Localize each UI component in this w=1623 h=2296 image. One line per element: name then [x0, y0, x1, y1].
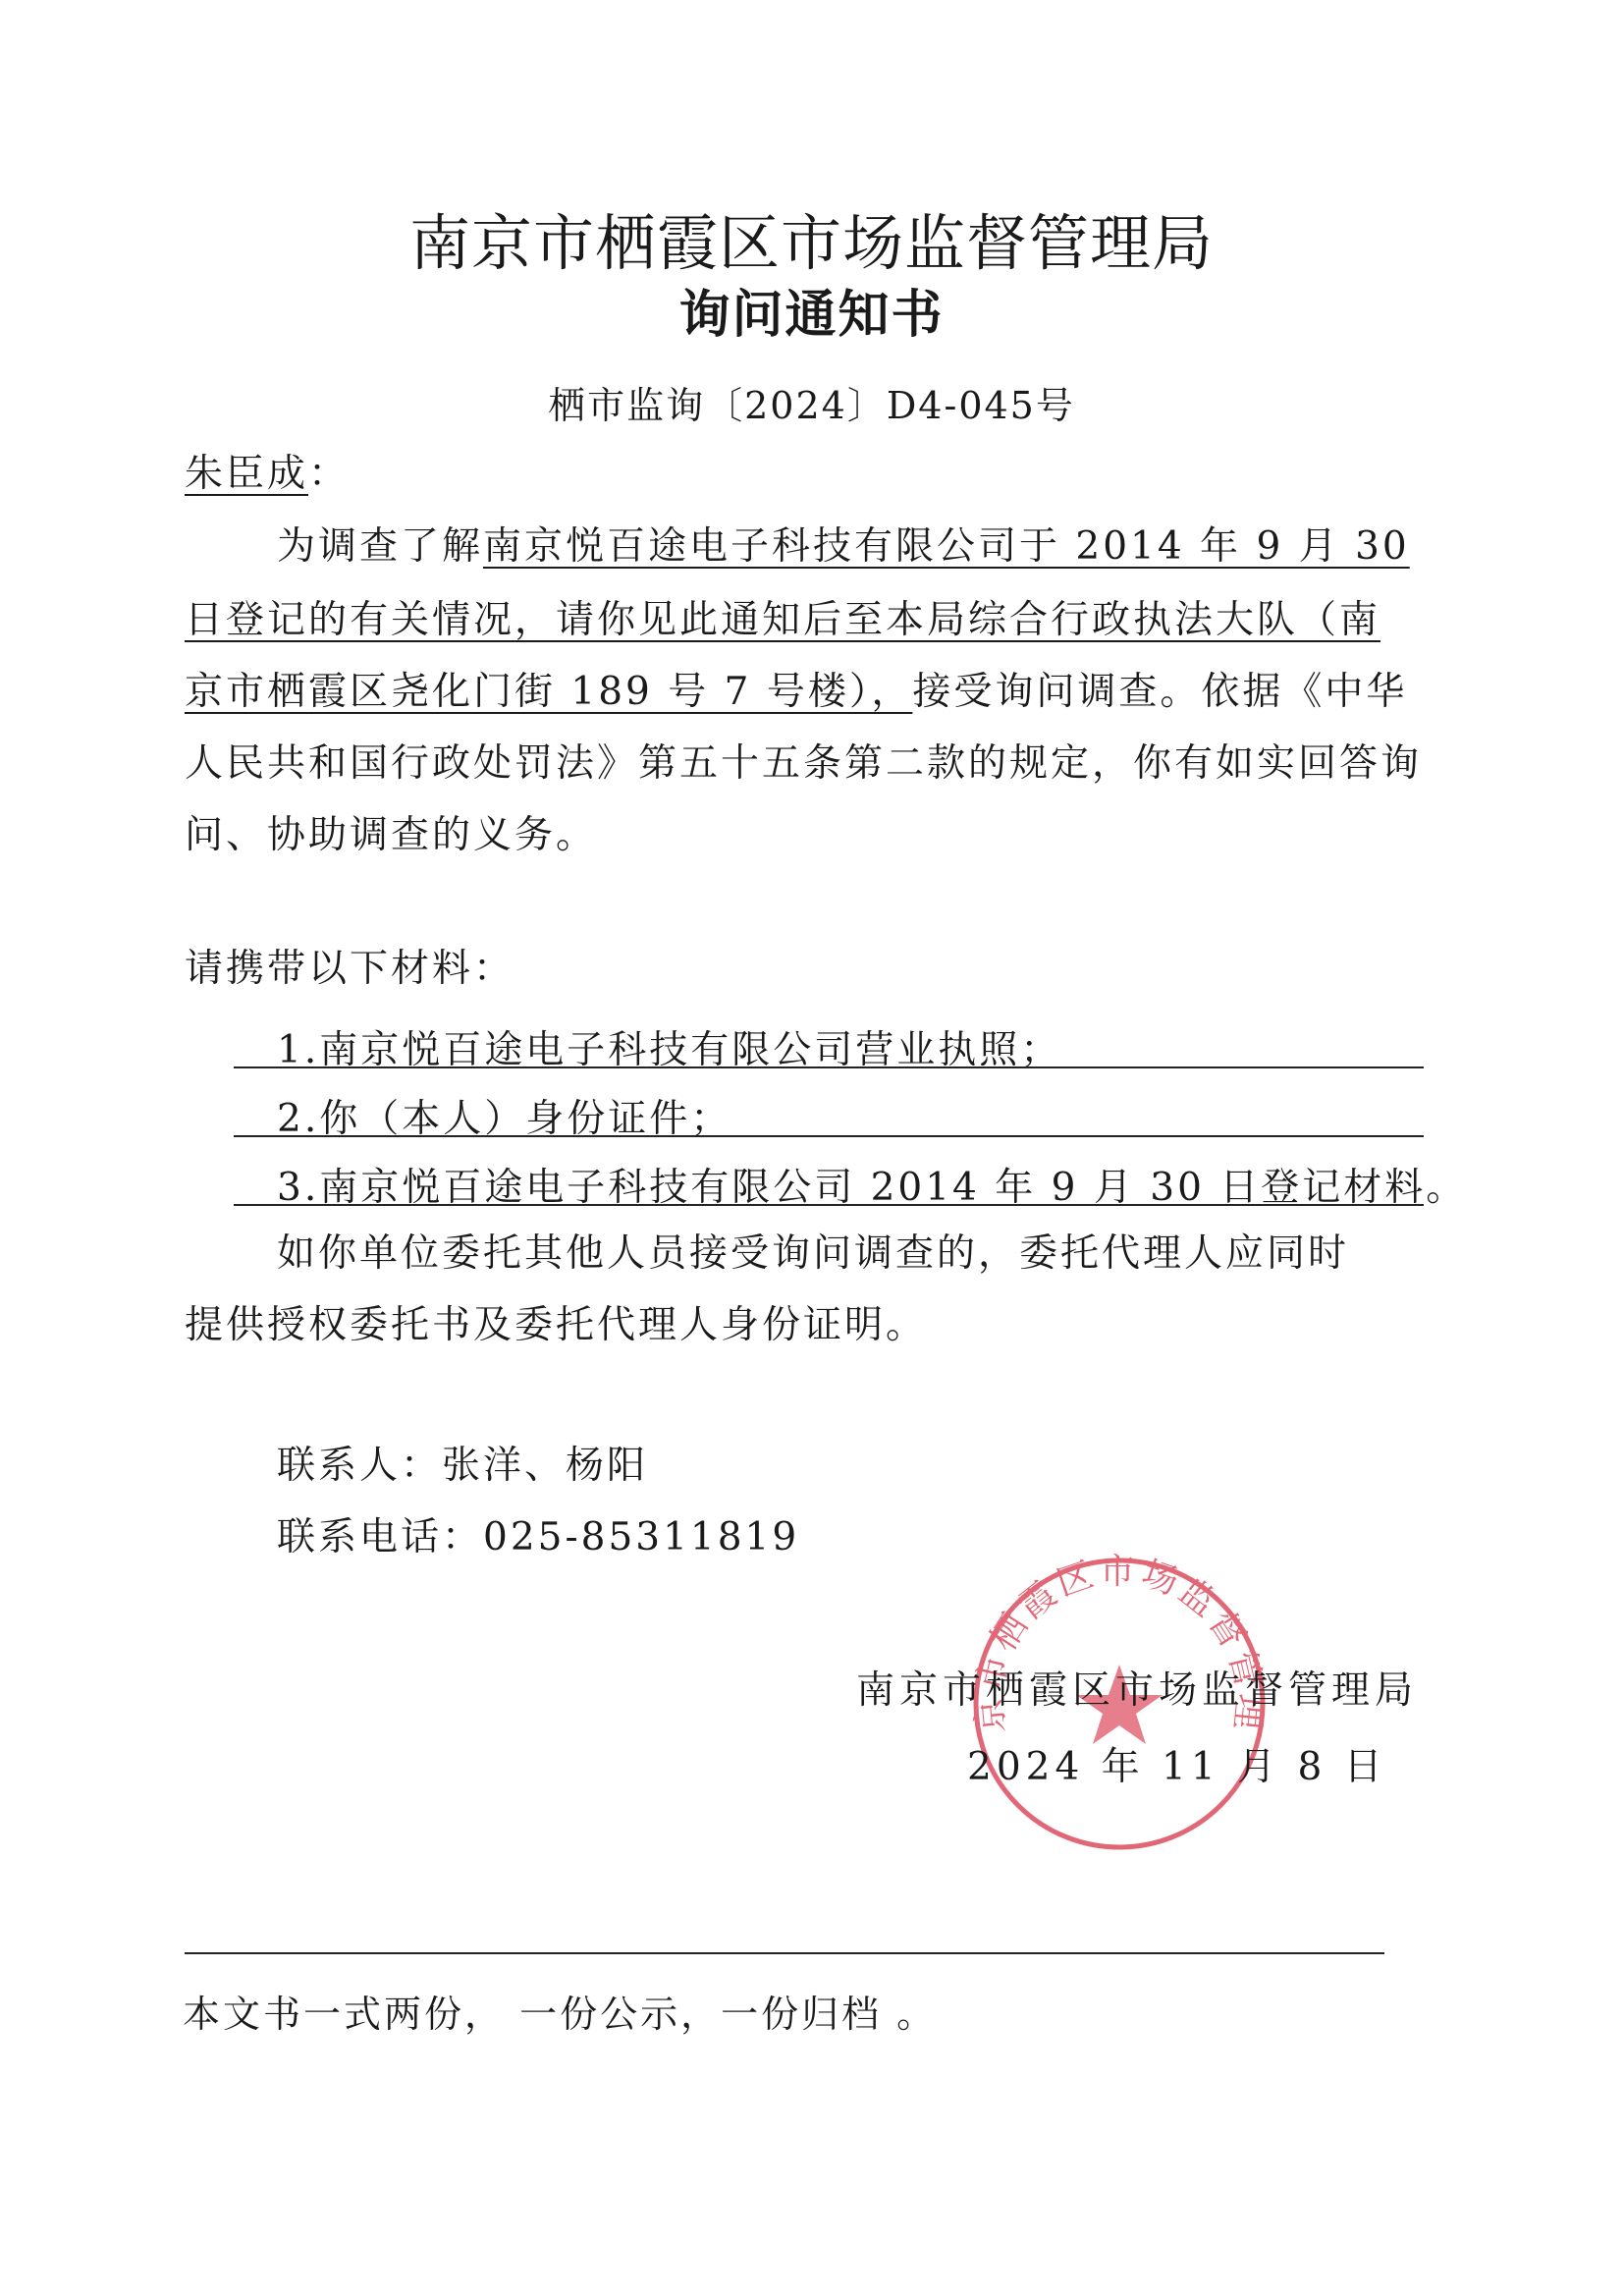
body-text: 为调查了解 [277, 524, 483, 569]
phone-number: 025-85311819 [483, 1515, 799, 1559]
fill-line [234, 1066, 1424, 1068]
signature-org: 南京市栖霞区市场监督管理局 [856, 1660, 1418, 1715]
addressee-name: 朱臣成 [185, 452, 308, 496]
phone-label: 联系电话： [277, 1515, 483, 1559]
addressee-colon: ： [308, 452, 350, 496]
fill-line [234, 1135, 1424, 1137]
materials-heading: 请携带以下材料： [185, 945, 514, 994]
contact-persons: 联系人：张洋、杨阳 [277, 1442, 648, 1491]
body-line-2: 日登记的有关情况，请你见此通知后至本局综合行政执法大队（南 [185, 596, 1380, 645]
document-title: 询问通知书 [0, 273, 1623, 347]
contact-phone: 联系电话：025-85311819 [277, 1513, 799, 1562]
proxy-note-line-1: 如你单位委托其他人员接受询问调查的，委托代理人应同时 [277, 1230, 1349, 1279]
addressee-line: 朱臣成： [185, 450, 350, 499]
body-line-1: 为调查了解南京悦百途电子科技有限公司于 2014 年 9 月 30 [277, 522, 1410, 572]
body-line-5: 问、协助调查的义务。 [185, 811, 597, 860]
body-line-4: 人民共和国行政处罚法》第五十五条第二款的规定，你有如实回答询 [185, 739, 1422, 789]
location-underlined: 日登记的有关情况，请你见此通知后至本局综合行政执法大队（南 [185, 598, 1380, 642]
company-date-underlined: 南京悦百途电子科技有限公司于 2014 年 9 月 30 [483, 524, 1410, 569]
fill-line [234, 1204, 1424, 1206]
footnote: 本文书一式两份， 一份公示，一份归档 。 [183, 1984, 937, 2038]
body-text: 接受询问调查。依据《中华 [912, 670, 1407, 714]
contact-names: 张洋、杨阳 [442, 1444, 648, 1488]
body-line-3: 京市栖霞区尧化门街 189 号 7 号楼），接受询问调查。依据《中华 [185, 668, 1407, 717]
org-title: 南京市栖霞区市场监督管理局 [0, 194, 1623, 282]
proxy-note-line-2: 提供授权委托书及委托代理人身份证明。 [185, 1301, 927, 1350]
contact-label: 联系人： [277, 1444, 442, 1488]
footer-divider [185, 1952, 1384, 1954]
address-underlined: 京市栖霞区尧化门街 189 号 7 号楼）， [185, 670, 912, 714]
signature-date: 2024 年 11 月 8 日 [967, 1736, 1387, 1791]
document-number: 栖市监询〔2024〕D4-045号 [0, 375, 1623, 429]
